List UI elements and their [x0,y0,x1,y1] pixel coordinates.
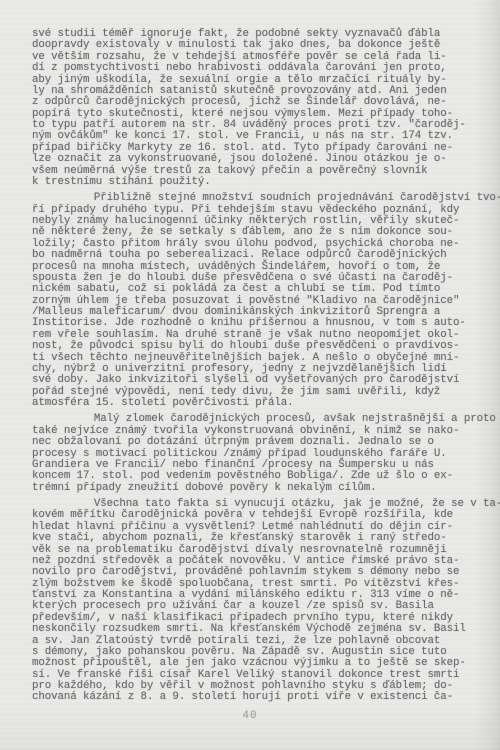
text-line: koncem 17. stol. pod vedením pověstného … [32,471,477,482]
text-line: z odpůrců čarodějnických procesů, jichž … [32,97,477,108]
text-line: k trestnímu stíhání použitý. [32,177,477,188]
paragraph: Všechna tato fakta si vynucují otázku, j… [32,499,477,704]
text-line: lze označit za vykonstruované, jsou dolo… [32,154,477,165]
text-line: chovaná kázání z 8. a 9. století horují … [32,692,477,703]
text-line: dí z pomstychtivosti nebo hrabivosti odd… [32,63,477,74]
text-line: své doby. Jako inkvizitoři slyšeli od vy… [32,375,477,386]
text-line: atmosféra 15. století pověrčivosti přála… [32,398,477,409]
text-line: Přibližně stejné množství soudních proje… [32,193,477,204]
text-line: nost, že původci spisu byli do hloubi du… [32,341,477,352]
scanned-page: své studii téměř ignoruje fakt, že podob… [0,0,500,750]
text-line: kve stačí, abychom poznali, že křesťansk… [32,533,477,544]
page-number: 40 [0,710,500,722]
text-line: nickém sabatu, což si pokládá za čest a … [32,284,477,295]
text-line: trémní případy zneužití dobové pověry k … [32,483,477,494]
text-line: možnost připouštěl, ale jen jako vzácnou… [32,658,477,669]
text-line: novilo pro čarodějství, prováděné pohlav… [32,567,477,578]
paragraph: své studii téměř ignoruje fakt, že podob… [32,29,477,188]
paragraph: Malý zlomek čarodějnických procesů, avša… [32,414,477,494]
text-line: bo nadměrná touha po seberealizaci. Rela… [32,250,477,261]
text-line: neskončily rozsudkem smrti. Na křesťansk… [32,624,477,635]
page-text: své studii téměř ignoruje fakt, že podob… [32,29,477,704]
text-line: nec obžalovaní po dotázání útrpným práve… [32,437,477,448]
paragraph: Přibližně stejné množství soudních proje… [32,193,477,409]
